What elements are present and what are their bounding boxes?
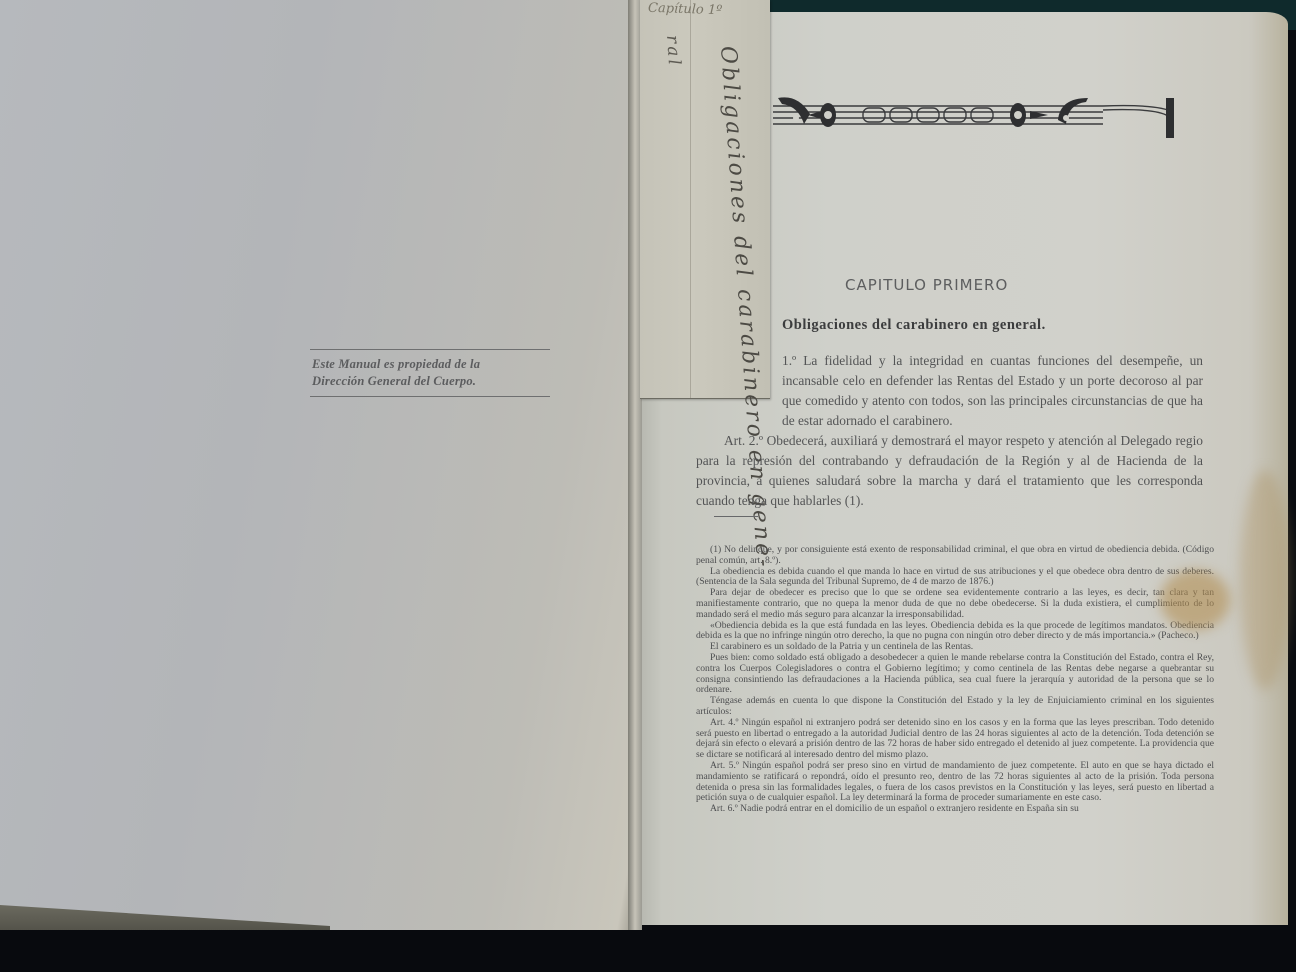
footnote-art-4: Art. 4.º Ningún español ni extranjero po… bbox=[696, 718, 1214, 761]
slip-handwriting-main: Obligaciones del carabinero en gene- bbox=[715, 45, 764, 386]
article-2: Art. 2.º Obedecerá, auxiliará y demostra… bbox=[696, 431, 1203, 511]
handwritten-slip: Capítulo 1º Obligaciones del carabinero … bbox=[640, 0, 770, 399]
footnote-2: La obediencia es debida cuando el que ma… bbox=[696, 567, 1214, 589]
article-body: 1.º La fidelidad y la integridad en cuan… bbox=[696, 351, 1203, 511]
ownership-text: Este Manual es propiedad de la Dirección… bbox=[310, 350, 550, 396]
footnote-1: (1) No delinque, y por consiguiente está… bbox=[696, 545, 1214, 567]
rule-bottom bbox=[310, 396, 550, 397]
slip-handwriting-top: Capítulo 1º bbox=[648, 1, 723, 19]
ownership-line-1: Este Manual es propiedad de la bbox=[312, 356, 550, 373]
water-stain bbox=[1160, 570, 1230, 630]
left-page: Este Manual es propiedad de la Dirección… bbox=[0, 0, 640, 935]
footnote-6: Pues bien: como soldado está obligado a … bbox=[696, 653, 1214, 696]
water-stain-edge bbox=[1240, 470, 1290, 690]
footnote-rule bbox=[714, 516, 758, 517]
article-1: 1.º La fidelidad y la integridad en cuan… bbox=[696, 351, 1203, 431]
section-title: Obligaciones del carabinero en general. bbox=[782, 317, 1046, 334]
header-ornament-icon bbox=[768, 84, 1188, 142]
footnote-art-5: Art. 5.º Ningún español podrá ser preso … bbox=[696, 761, 1214, 804]
footnote-art-6: Art. 6.º Nadie podrá entrar en el domici… bbox=[696, 804, 1214, 815]
slip-handwriting-second: ral bbox=[662, 34, 684, 68]
chapter-heading: CAPITULO PRIMERO bbox=[845, 276, 1008, 294]
footnote-7: Téngase además en cuenta lo que dispone … bbox=[696, 696, 1214, 718]
ownership-line-2: Dirección General del Cuerpo. bbox=[312, 373, 550, 390]
footnote-3: Para dejar de obedecer es preciso que lo… bbox=[696, 588, 1214, 620]
table-surface bbox=[0, 930, 1296, 972]
footnote-4: «Obediencia debida es la que está fundad… bbox=[696, 621, 1214, 643]
slip-fold bbox=[690, 0, 691, 398]
footnotes: (1) No delinque, y por consiguiente está… bbox=[696, 545, 1214, 815]
ownership-note: Este Manual es propiedad de la Dirección… bbox=[310, 349, 550, 397]
book-photo: Este Manual es propiedad de la Dirección… bbox=[0, 0, 1296, 972]
